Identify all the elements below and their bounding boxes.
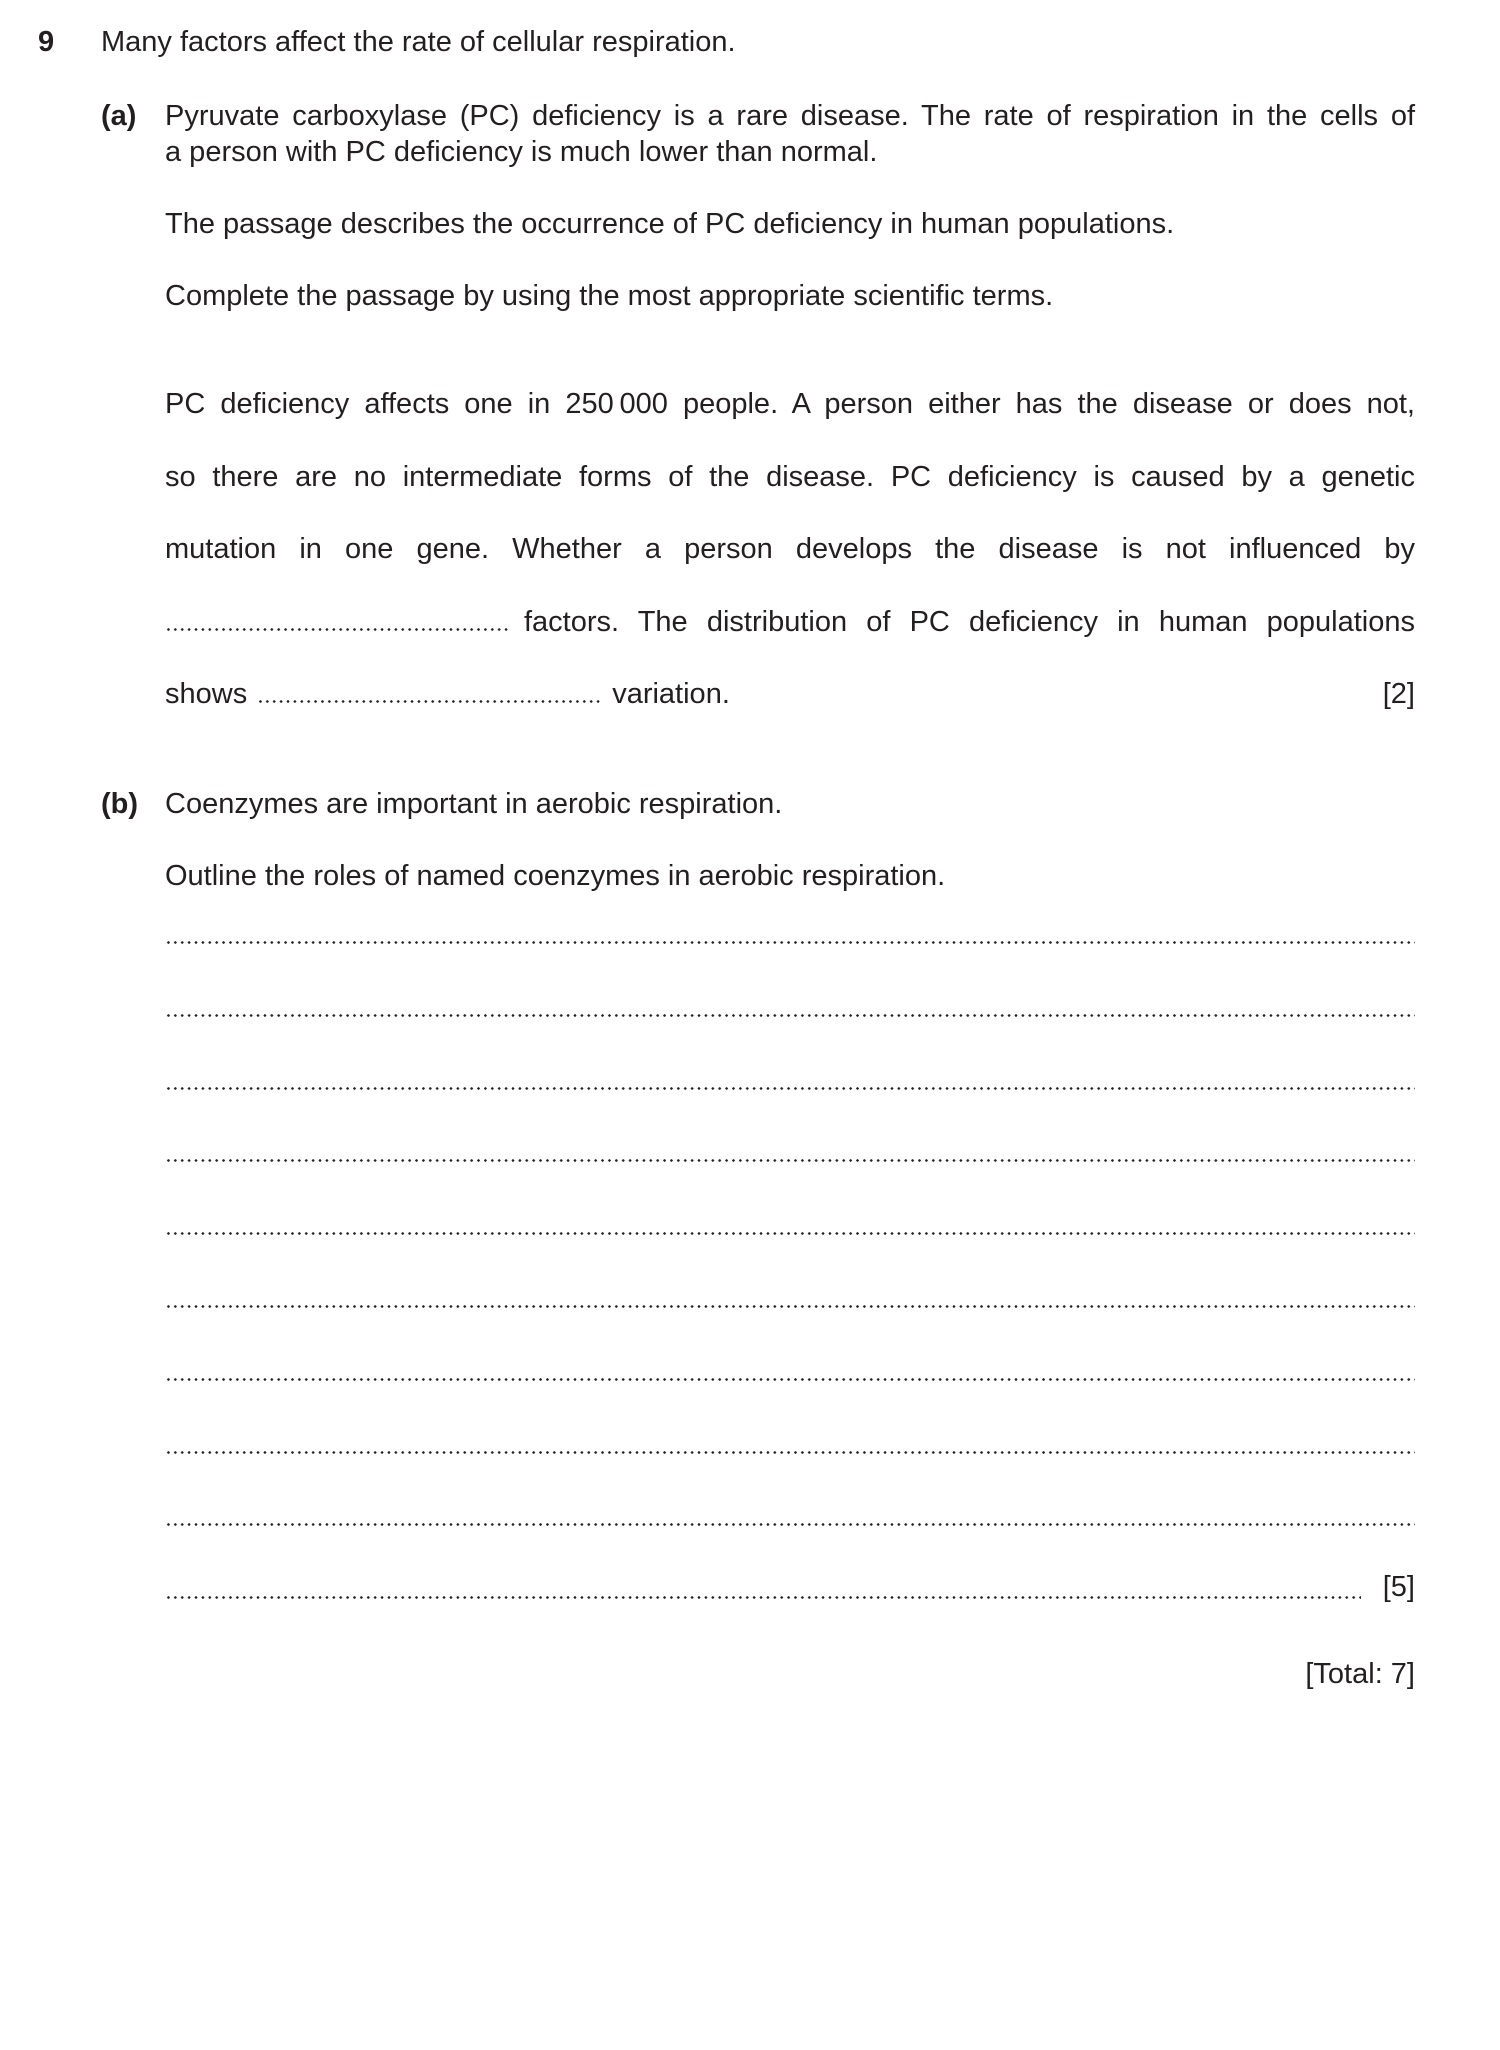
question-number: 9	[38, 24, 54, 60]
answer-line[interactable]	[165, 1284, 1415, 1314]
passage-line-3: mutation in one gene. Whether a person d…	[165, 531, 1415, 567]
question-stem: Many factors affect the rate of cellular…	[101, 24, 736, 60]
part-b-label: (b)	[101, 786, 138, 822]
answer-line[interactable]	[165, 1138, 1415, 1168]
part-a-intro-line2: a person with PC deficiency is much lowe…	[165, 134, 1415, 170]
answer-line[interactable]: [5]	[165, 1575, 1415, 1605]
answer-line[interactable]	[165, 1357, 1415, 1387]
answer-line[interactable]	[165, 1066, 1415, 1096]
dotted-line	[165, 1523, 1415, 1526]
dotted-line	[165, 1305, 1415, 1308]
passage-line-5-start: shows	[165, 676, 247, 712]
dotted-line	[165, 1232, 1415, 1235]
part-a-description: The passage describes the occurrence of …	[165, 206, 1415, 242]
dotted-line	[165, 1159, 1415, 1162]
answer-line[interactable]	[165, 1211, 1415, 1241]
part-a-label: (a)	[101, 98, 136, 134]
passage-line-2: so there are no intermediate forms of th…	[165, 459, 1415, 495]
part-a-instruction: Complete the passage by using the most a…	[165, 278, 1415, 314]
dotted-line	[165, 941, 1415, 944]
passage-line-4: factors. The distribution of PC deficien…	[165, 604, 1415, 640]
dotted-line	[165, 1014, 1415, 1017]
dotted-line	[165, 1596, 1361, 1599]
blank-1-answer-field[interactable]	[165, 628, 510, 631]
part-b-intro: Coenzymes are important in aerobic respi…	[165, 786, 1415, 822]
dotted-line	[165, 1087, 1415, 1090]
dotted-line	[165, 1451, 1415, 1454]
blank-2-answer-field[interactable]	[257, 700, 602, 703]
answer-line[interactable]	[165, 1502, 1415, 1532]
question-total-marks: [Total: 7]	[1305, 1656, 1415, 1692]
passage-line-1: PC deficiency affects one in 250 000 peo…	[165, 386, 1415, 422]
passage-line-4-text: factors. The distribution of PC deficien…	[524, 604, 1415, 640]
part-a-intro-line1: Pyruvate carboxylase (PC) deficiency is …	[165, 98, 1415, 134]
dotted-line	[165, 1378, 1415, 1381]
passage-line-5: shows variation. [2]	[165, 676, 1415, 712]
passage-line-5-end: variation.	[612, 676, 730, 712]
part-b-instruction: Outline the roles of named coenzymes in …	[165, 858, 1415, 894]
part-a-marks: [2]	[1383, 676, 1415, 712]
answer-line[interactable]	[165, 920, 1415, 950]
answer-line[interactable]	[165, 1430, 1415, 1460]
answer-line[interactable]	[165, 993, 1415, 1023]
part-b-marks: [5]	[1383, 1569, 1415, 1605]
